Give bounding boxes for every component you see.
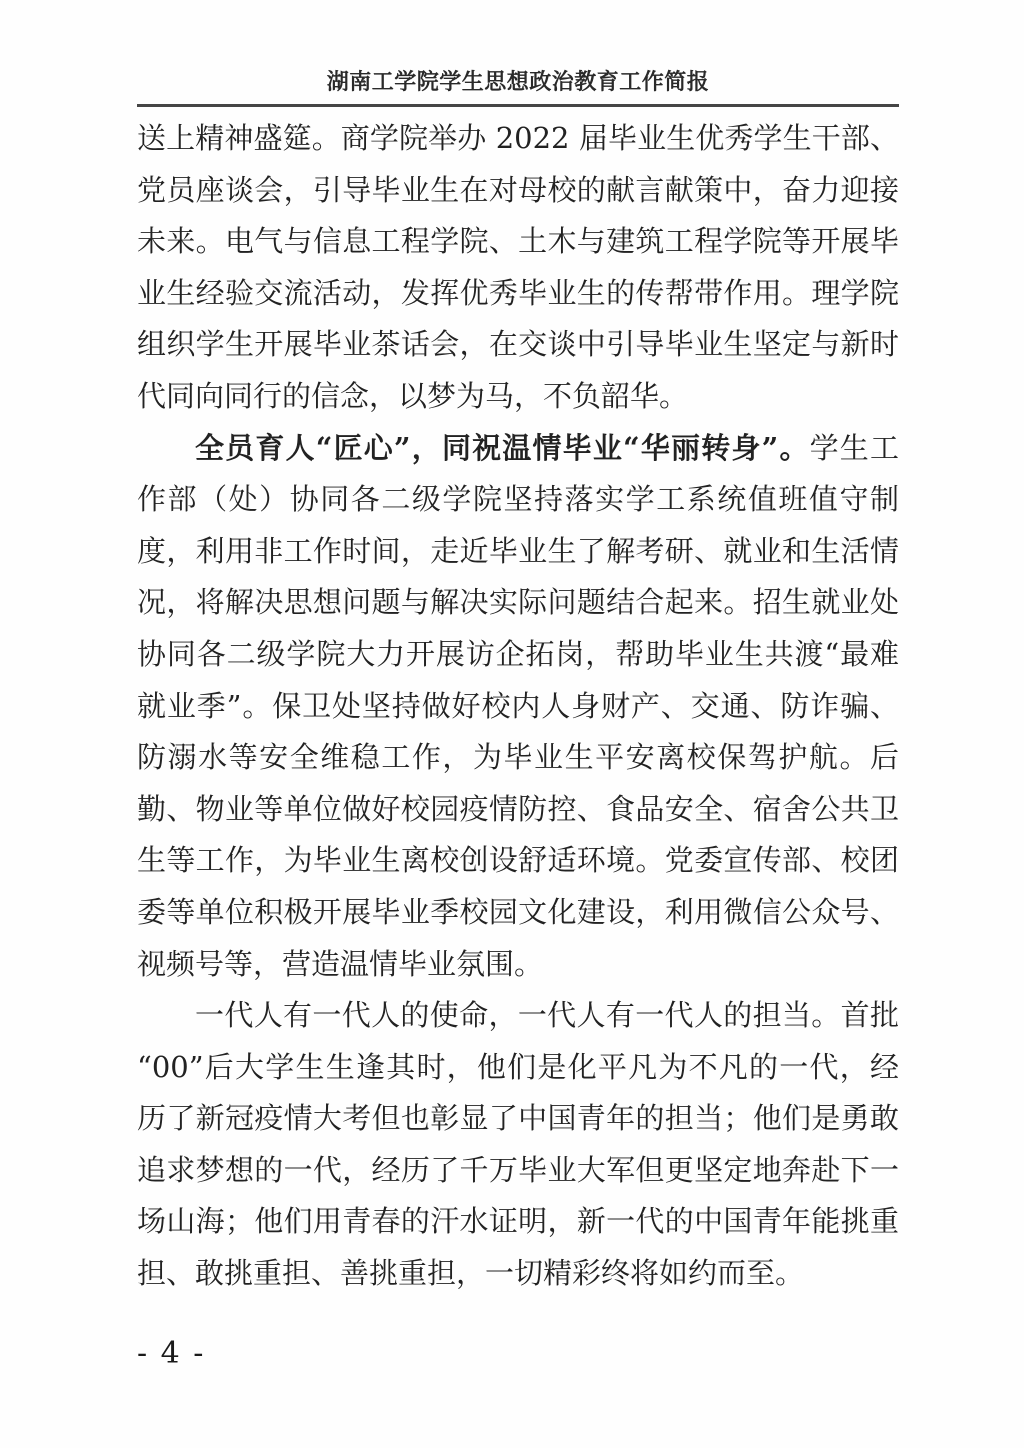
header-rule xyxy=(137,104,899,107)
page-header: 湖南工学院学生思想政治教育工作简报 xyxy=(137,70,899,107)
paragraph-3-text: 一代人有一代人的使命，一代人有一代人的担当。首批“00”后大学生生逢其时，他们是… xyxy=(137,998,899,1290)
document-body: 送上精神盛筵。商学院举办 2022 届毕业生优秀学生干部、党员座谈会，引导毕业生… xyxy=(137,113,899,1300)
page-header-title: 湖南工学院学生思想政治教育工作简报 xyxy=(137,70,899,96)
page-number: - 4 - xyxy=(137,1336,205,1371)
page-footer: - 4 - xyxy=(137,1336,205,1371)
paragraph-1-text: 送上精神盛筵。商学院举办 2022 届毕业生优秀学生干部、党员座谈会，引导毕业生… xyxy=(137,121,899,413)
paragraph-2: 全员育人“匠心”，同祝温情毕业“华丽转身”。学生工作部（处）协同各二级学院坚持落… xyxy=(137,423,899,991)
paragraph-1: 送上精神盛筵。商学院举办 2022 届毕业生优秀学生干部、党员座谈会，引导毕业生… xyxy=(137,113,899,423)
paragraph-2-text: 学生工作部（处）协同各二级学院坚持落实学工系统值班值守制度，利用非工作时间，走近… xyxy=(137,431,899,981)
paragraph-3: 一代人有一代人的使命，一代人有一代人的担当。首批“00”后大学生生逢其时，他们是… xyxy=(137,990,899,1300)
paragraph-2-bold-lead: 全员育人“匠心”，同祝温情毕业“华丽转身”。 xyxy=(195,431,810,465)
document-page: 湖南工学院学生思想政治教育工作简报 送上精神盛筵。商学院举办 2022 届毕业生… xyxy=(0,0,1024,1448)
